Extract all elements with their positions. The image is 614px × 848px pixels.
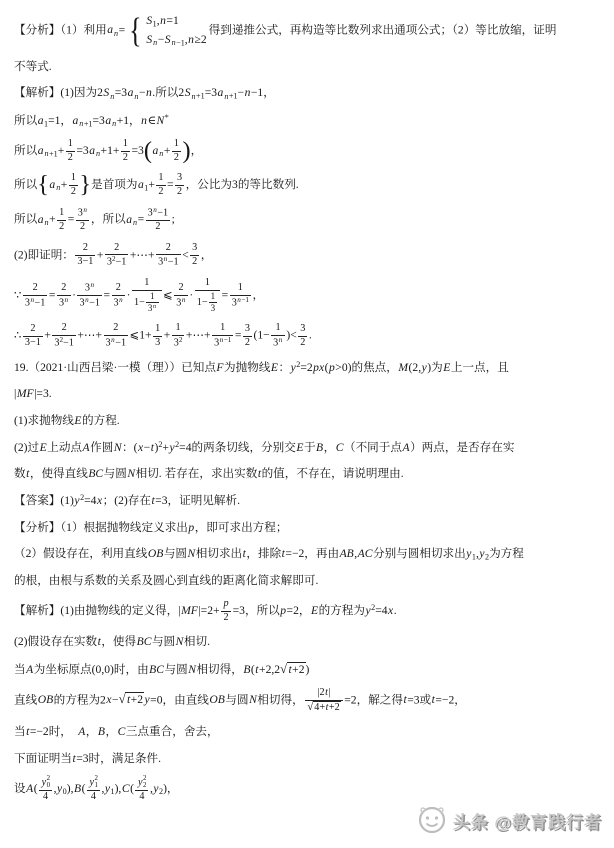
text-line: 数t，使得直线BC与圆N相切. 若存在，求出实数t的值，不存在，请说明理由.: [14, 464, 602, 483]
text-line: 当t=−2时， A，B，C三点重合，舍去，: [14, 722, 602, 741]
text-line: 所以an+1+12=3an+1+12=3(an+12)，: [14, 138, 602, 165]
text-line: ∵23n−1=23n·3n3n−1=23n·11−13n⩽23n·11−13=1…: [14, 277, 602, 314]
text-line: 【分析】（1）根据抛物线定义求出p，即可求出方程；: [14, 518, 602, 537]
text-line: |MF|=3.: [14, 384, 602, 403]
text-line: (2)假设存在实数t，使得BC与圆N相切.: [14, 632, 602, 651]
text-line: (2)过E上动点A作圆N：(x−t)2+y2=4的两条切线，分别交E于B，C（不…: [14, 438, 602, 457]
text-line: 下面证明当t=3时，满足条件.: [14, 749, 602, 768]
text-line: 的根，由根与系数的关系及圆心到直线的距离化简求解即可.: [14, 571, 602, 590]
text-line: 不等式.: [14, 57, 602, 76]
text-line: 所以a1=1，an+1=3an+1，n∈N*: [14, 111, 602, 131]
text-line: 所以an+12=3n2，所以an=3n−12;: [14, 206, 602, 234]
watermark-text: 头条 @教育践行者: [453, 808, 602, 833]
text-line: 【解析】(1)因为2Sn=3an−n.所以2Sn+1=3an+1−n−1，: [14, 83, 602, 103]
text-line: 当A为坐标原点(0,0)时，由BC与圆N相切得，B(t+2,2√t+2): [14, 659, 602, 680]
text-line: (2)即证明：23−1+232−1+⋯+23n−1<32，: [14, 242, 602, 270]
text-line: 【答案】(1)y2=4x；(2)存在t=3，证明见解析.: [14, 491, 602, 510]
watermark: 头条 @教育践行者: [416, 803, 602, 838]
text-line: 直线OB的方程为2x−√t+2y=0，由直线OB与圆N相切得，|2t|√4+t+…: [14, 687, 602, 715]
text-line: 所以{an+12}是首项为a1+12=32，公比为3的等比数列.: [14, 172, 602, 199]
text-line: 【解析】(1)由抛物线的定义得，|MF|=2+p2=3，所以p=2，E的方程为y…: [14, 598, 602, 625]
document-page: 【分析】（1）利用an={S1,n=1Sn−Sn−1,n≥2得到递推公式，再构造…: [0, 0, 614, 848]
text-line: (1)求抛物线E的方程.: [14, 411, 602, 430]
text-line: （2）假设存在，利用直线OB与圆N相切求出t，排除t=−2，再由AB,AC分别与…: [14, 544, 602, 564]
text-line: 19.（2021·山西吕梁·一模（理））已知点F为抛物线E：y2=2px(p>0…: [14, 358, 602, 377]
text-line: 设A(y204,y0),B(y214,y1),C(y224,y2)，: [14, 775, 602, 803]
solution-text: 【分析】（1）利用an={S1,n=1Sn−Sn−1,n≥2得到递推公式，再构造…: [14, 12, 602, 803]
text-line: 【分析】（1）利用an={S1,n=1Sn−Sn−1,n≥2得到递推公式，再构造…: [14, 12, 602, 49]
text-line: ∴23−1+232−1+⋯+23n−1⩽1+13+132+⋯+13n−1=32(…: [14, 322, 602, 350]
watermark-logo-icon: [416, 803, 448, 838]
